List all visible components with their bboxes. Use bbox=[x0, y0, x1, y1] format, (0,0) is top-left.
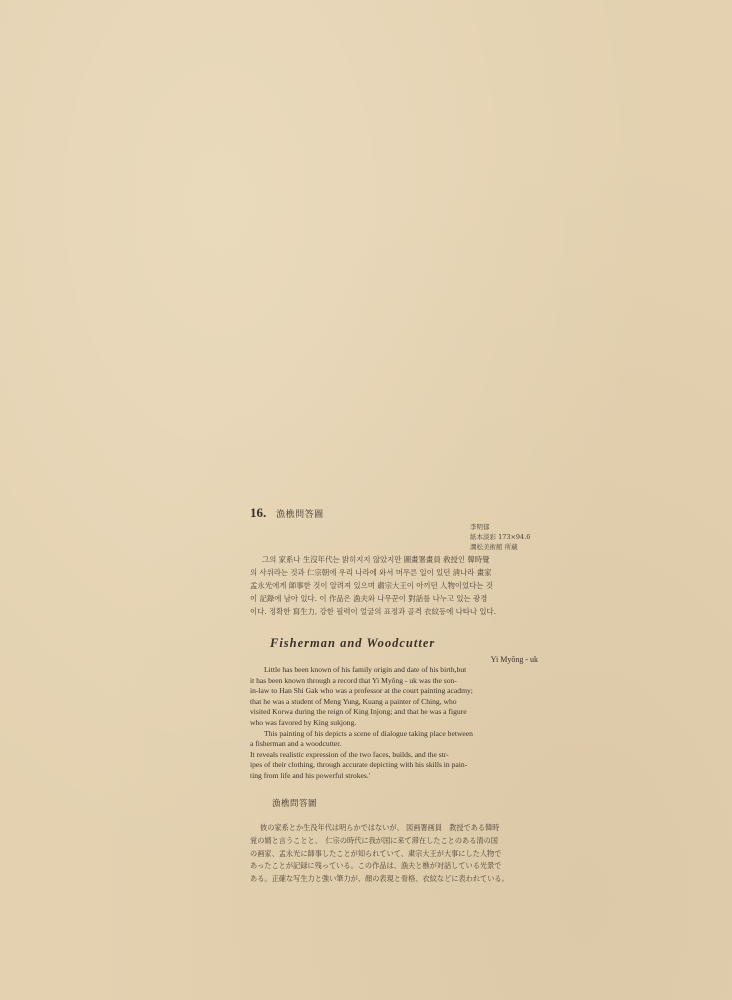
japanese-line: の画家、孟永光に師事したことが知られていて、粛宗大王が大事にした人物で bbox=[250, 848, 542, 861]
english-line: ipes of their clothing, through accurate… bbox=[250, 760, 542, 771]
korean-description: 그의 家系나 生沒年代는 밝히지지 않았지만 圖畫署畫員 敎授인 韓時覺 의 사… bbox=[250, 553, 542, 618]
artwork-metadata: 李明郁 紙本淡彩 173×94.6 澗松美術館 所蔵 bbox=[470, 522, 530, 552]
korean-line: 의 사위라는 것과 仁宗朝에 우리 나라에 와서 머무른 일이 있던 淸나라 畫… bbox=[250, 566, 542, 579]
medium-dimensions: 紙本淡彩 173×94.6 bbox=[470, 532, 530, 542]
korean-line: 그의 家系나 生沒年代는 밝히지지 않았지만 圖畫署畫員 敎授인 韓時覺 bbox=[250, 553, 542, 566]
english-description: Little has been known of his family orig… bbox=[250, 665, 542, 782]
english-line: that he was a student of Meng Yung, Kuan… bbox=[250, 697, 542, 708]
japanese-line: 彼の家系とか生没年代は明らかではないが、 図画署画員 教授である韓時 bbox=[250, 822, 542, 835]
english-line: a fisherman and a woodcutter. bbox=[250, 739, 542, 750]
english-line: Little has been known of his family orig… bbox=[250, 665, 542, 676]
english-line: visited Korwa during the reign of King I… bbox=[250, 707, 542, 718]
japanese-title: 漁樵問答圖 bbox=[272, 797, 317, 809]
english-line: This painting of his depicts a scene of … bbox=[250, 729, 542, 740]
english-author: Yi Myŏng - uk bbox=[491, 655, 538, 664]
japanese-description: 彼の家系とか生没年代は明らかではないが、 図画署画員 教授である韓時 覚の婿と言… bbox=[250, 822, 542, 886]
korean-line: 이 記錄에 남아 있다. 이 作品은 漁夫와 나무꾼이 對話를 나누고 있는 광… bbox=[250, 592, 542, 605]
english-line: in-law to Han Shi Gak who was a professo… bbox=[250, 686, 542, 697]
japanese-line: あったことが記録に残っている。この作品は、漁夫と樵が対話している光景で bbox=[250, 860, 542, 873]
plate-number: 16. bbox=[250, 505, 266, 520]
japanese-line: ある。正確な写生力と強い筆力が、顔の表現と骨格、衣紋などに表われている。 bbox=[250, 873, 542, 886]
english-line: it has been known through a record that … bbox=[250, 676, 542, 687]
plate-heading: 16. 漁樵問答圖 bbox=[250, 505, 324, 521]
english-line: ting from life and his powerful strokes.… bbox=[250, 771, 542, 782]
scanned-book-page: 16. 漁樵問答圖 李明郁 紙本淡彩 173×94.6 澗松美術館 所蔵 그의 … bbox=[0, 0, 732, 1000]
korean-line: 이다. 정확한 寫生力, 강한 필력이 얼굴의 표정과 골격 衣紋등에 나타나 … bbox=[250, 605, 542, 618]
english-title: Fisherman and Woodcutter bbox=[270, 636, 435, 651]
collection: 澗松美術館 所蔵 bbox=[470, 542, 530, 552]
english-line: It reveals realistic expression of the t… bbox=[250, 750, 542, 761]
korean-line: 孟永光에게 師事한 것이 알려져 있으며 肅宗大王이 아끼던 人物이었다는 것 bbox=[250, 579, 542, 592]
english-line: who was favored by King sukjong. bbox=[250, 718, 542, 729]
japanese-line: 覚の婿と言うことと、 仁宗の時代に我が国に来て滞在したことのある清の国 bbox=[250, 835, 542, 848]
plate-title-cjk: 漁樵問答圖 bbox=[276, 510, 324, 520]
artist-name: 李明郁 bbox=[470, 522, 530, 532]
